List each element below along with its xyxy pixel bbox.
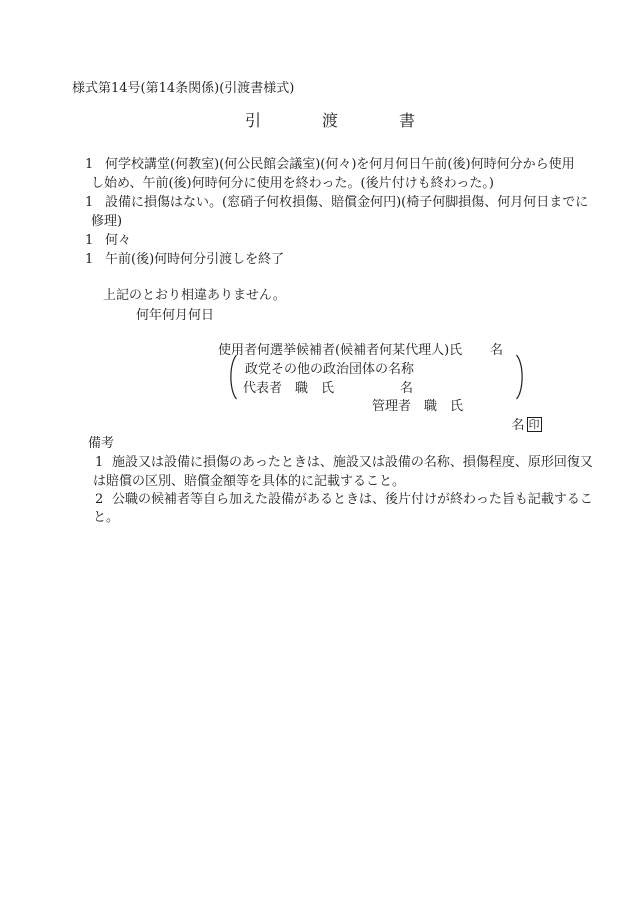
- remark-line: 公職の候補者等自ら加えた設備があるときは、後片付けが終わった旨も記載するこ: [112, 490, 593, 509]
- party-name-line: 政党その他の政治団体の名称: [245, 360, 414, 379]
- body-item-line: 修理): [91, 212, 122, 231]
- remark-line: は賠償の区別、賠償金額等を具体的に記載すること。: [93, 472, 405, 491]
- manager-label: 管理者 職 氏: [372, 397, 463, 416]
- body-item-number: 1: [85, 155, 93, 174]
- signer-user-name: 名: [490, 341, 503, 360]
- closing-statement: 上記のとおり相違ありません。: [103, 286, 286, 305]
- manager-name: 名: [512, 418, 525, 433]
- body-item-number: 1: [85, 250, 93, 269]
- remark-number: 2: [95, 490, 103, 509]
- body-item-line: 設備に損傷はない。(窓硝子何枚損傷、賠償金何円)(椅子何脚損傷、何月何日までに: [105, 193, 588, 212]
- representative-name: 名: [400, 379, 413, 398]
- manager-name-group: 名印: [495, 397, 542, 454]
- remark-line: 施設又は設備に損傷のあったときは、施設又は設備の名称、損傷程度、原形回復又: [112, 453, 593, 472]
- body-item-line: 何々: [105, 231, 131, 250]
- remark-number: 1: [95, 453, 103, 472]
- body-item-line: 午前(後)何時何分引渡しを終了: [105, 250, 284, 269]
- body-item-line: 何学校講堂(何教室)(何公民館会議室)(何々)を何月何日午前(後)何時何分から使…: [105, 155, 575, 174]
- signer-user-label: 使用者何選挙候補者(候補者何某代理人)氏: [218, 341, 462, 360]
- date-line: 何年何月何日: [136, 306, 214, 325]
- representative-label: 代表者 職 氏: [243, 379, 334, 398]
- remark-line: と。: [93, 508, 119, 527]
- left-bracket: [226, 354, 238, 400]
- seal-mark: 印: [527, 417, 542, 432]
- document-page: 様式第14号(第14条関係)(引渡書様式) 引渡書 1 何学校講堂(何教室)(何…: [0, 0, 630, 903]
- right-bracket: [515, 354, 527, 400]
- remarks-heading: 備考: [88, 434, 114, 453]
- form-number-line: 様式第14号(第14条関係)(引渡書様式): [72, 79, 294, 98]
- body-item-line: し始め、午前(後)何時何分に使用を終わった。(後片付けも終わった。): [91, 174, 494, 193]
- body-item-number: 1: [85, 231, 93, 250]
- body-item-number: 1: [85, 193, 93, 212]
- document-title: 引渡書: [245, 110, 476, 132]
